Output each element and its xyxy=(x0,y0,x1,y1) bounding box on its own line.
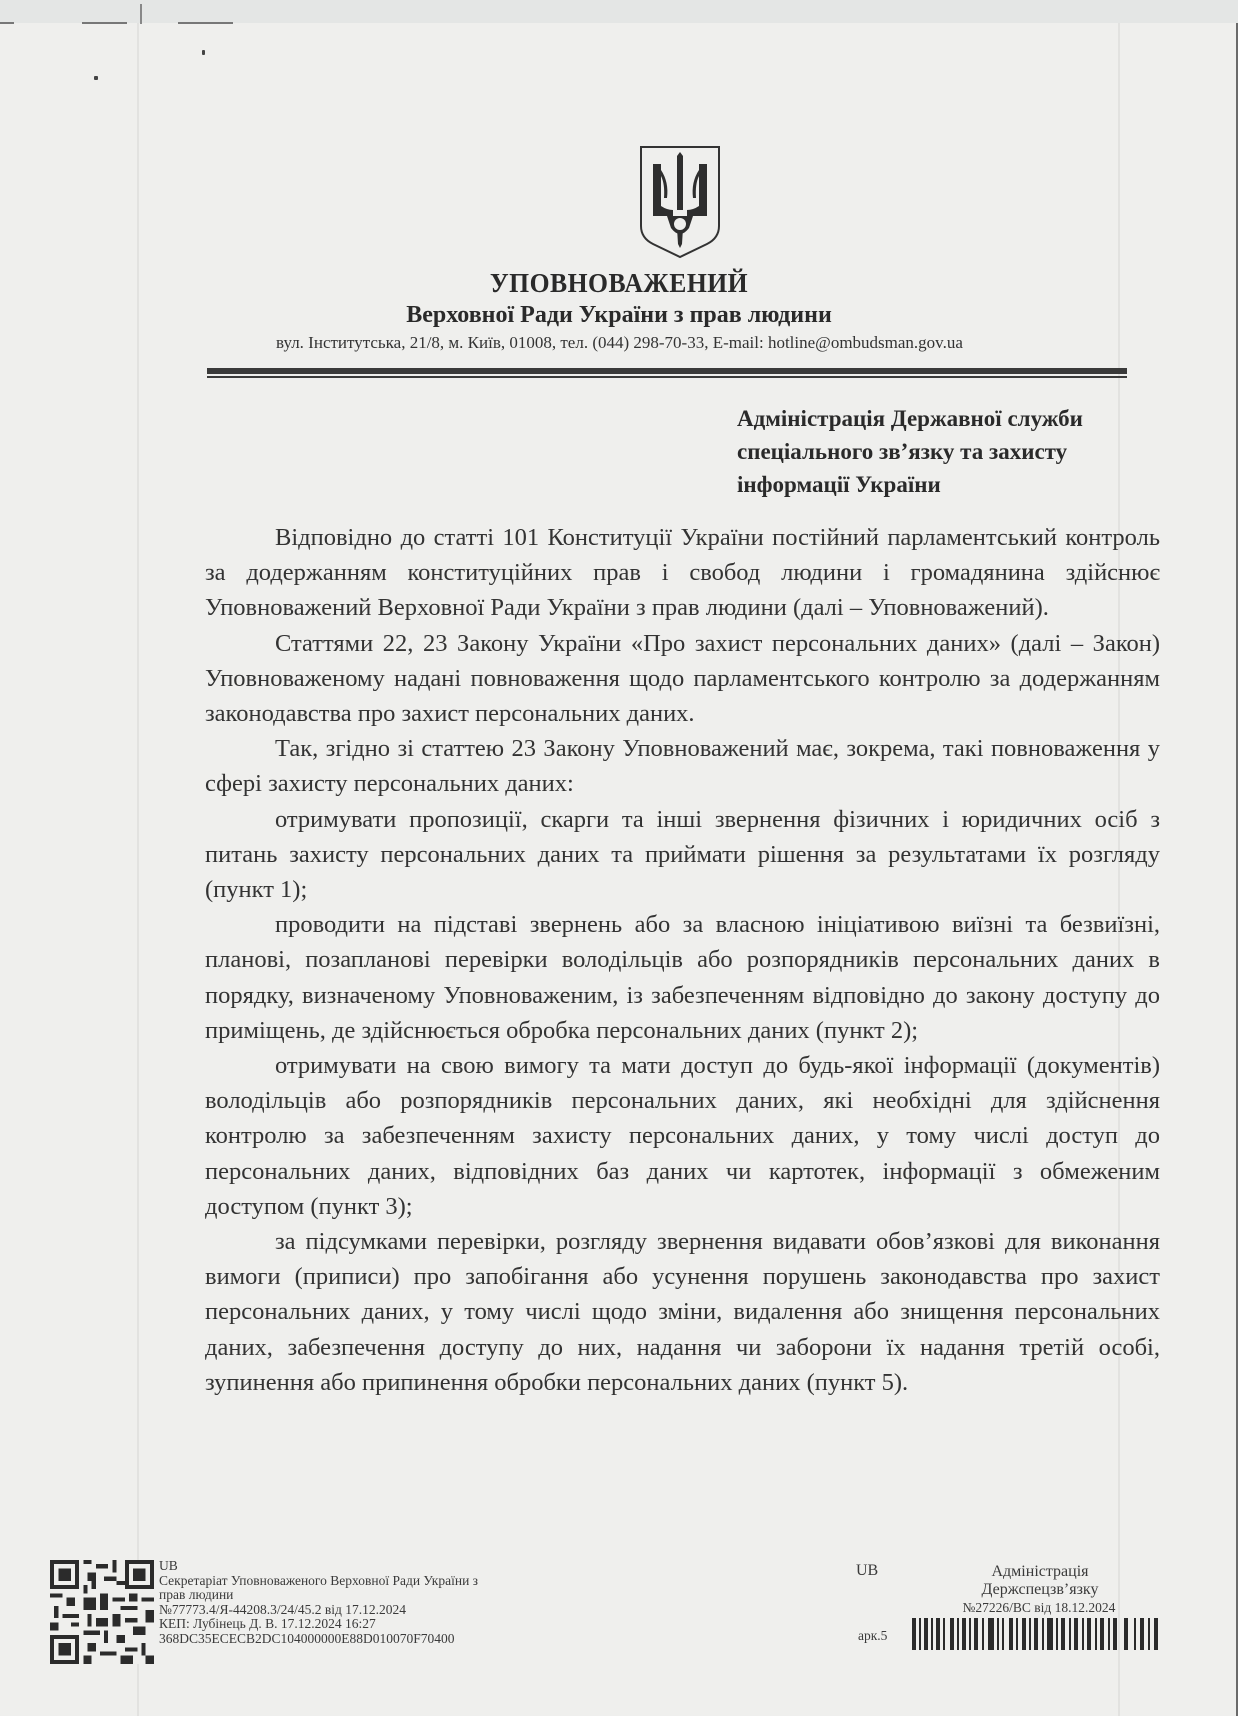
signature-certificate-id: 368DC35ECECB2DC104000000E88D010070F70400 xyxy=(159,1632,559,1647)
letterhead-address: вул. Інститутська, 21/8, м. Київ, 01008,… xyxy=(276,333,963,353)
scan-speck xyxy=(94,76,98,80)
incoming-number: №27226/ВС від 18.12.2024 xyxy=(924,1600,1154,1616)
sender-registration-text: UB Секретаріат Уповноваженого Верховної … xyxy=(159,1559,559,1646)
letterhead-subtitle: Верховної Ради України з прав людини xyxy=(0,302,1238,329)
recipient-line: спеціального зв’язку та захисту xyxy=(737,435,1157,468)
scan-edge xyxy=(0,22,14,24)
sender-organization-cont: прав людини xyxy=(159,1588,559,1603)
recipient-organization: Адміністрація Держспецзв’язку xyxy=(940,1563,1140,1599)
letter-body: Відповідно до статті 101 Конституції Укр… xyxy=(205,520,1160,1400)
body-paragraph: Статтями 22, 23 Закону України «Про захи… xyxy=(205,626,1160,732)
recipient-system-code: UB xyxy=(856,1562,878,1580)
body-paragraph: Так, згідно зі статтею 23 Закону Уповнов… xyxy=(205,731,1160,801)
header-divider xyxy=(207,368,1127,374)
sheet-count: арк.5 xyxy=(858,1628,887,1644)
recipient-line: Адміністрація Державної служби xyxy=(737,402,1157,435)
outgoing-number: №77773.4/Я-44208.3/24/45.2 від 17.12.202… xyxy=(159,1603,559,1618)
scan-edge xyxy=(82,22,127,24)
barcode-icon xyxy=(912,1618,1162,1650)
scan-edge xyxy=(178,22,233,24)
sender-organization: Секретаріат Уповноваженого Верховної Рад… xyxy=(159,1574,559,1589)
recipient-org-line: Адміністрація xyxy=(940,1563,1140,1581)
body-paragraph: за підсумками перевірки, розгляду зверне… xyxy=(205,1224,1160,1400)
qr-code-icon xyxy=(50,1560,154,1664)
digital-signature: КЕП: Лубінець Д. В. 17.12.2024 16:27 xyxy=(159,1617,559,1632)
body-paragraph: проводити на підставі звернень або за вл… xyxy=(205,907,1160,1048)
recipient-org-line: Держспецзв’язку xyxy=(940,1581,1140,1599)
coat-of-arms-icon xyxy=(637,144,723,260)
header-divider-thin xyxy=(207,376,1127,378)
body-paragraph: отримувати на свою вимогу та мати доступ… xyxy=(205,1048,1160,1224)
scan-speck xyxy=(202,50,205,55)
recipient-registration-stamp: UB Адміністрація Держспецзв’язку №27226/… xyxy=(850,1562,1190,1662)
sender-system-code: UB xyxy=(159,1559,559,1574)
body-paragraph: отримувати пропозиції, скарги та інші зв… xyxy=(205,802,1160,908)
letterhead-title: УПОВНОВАЖЕНИЙ xyxy=(31,268,1207,299)
recipient-block: Адміністрація Державної служби спеціальн… xyxy=(737,402,1157,501)
body-paragraph: Відповідно до статті 101 Конституції Укр… xyxy=(205,520,1160,626)
recipient-line: інформації України xyxy=(737,468,1157,501)
scan-mark xyxy=(140,4,142,24)
